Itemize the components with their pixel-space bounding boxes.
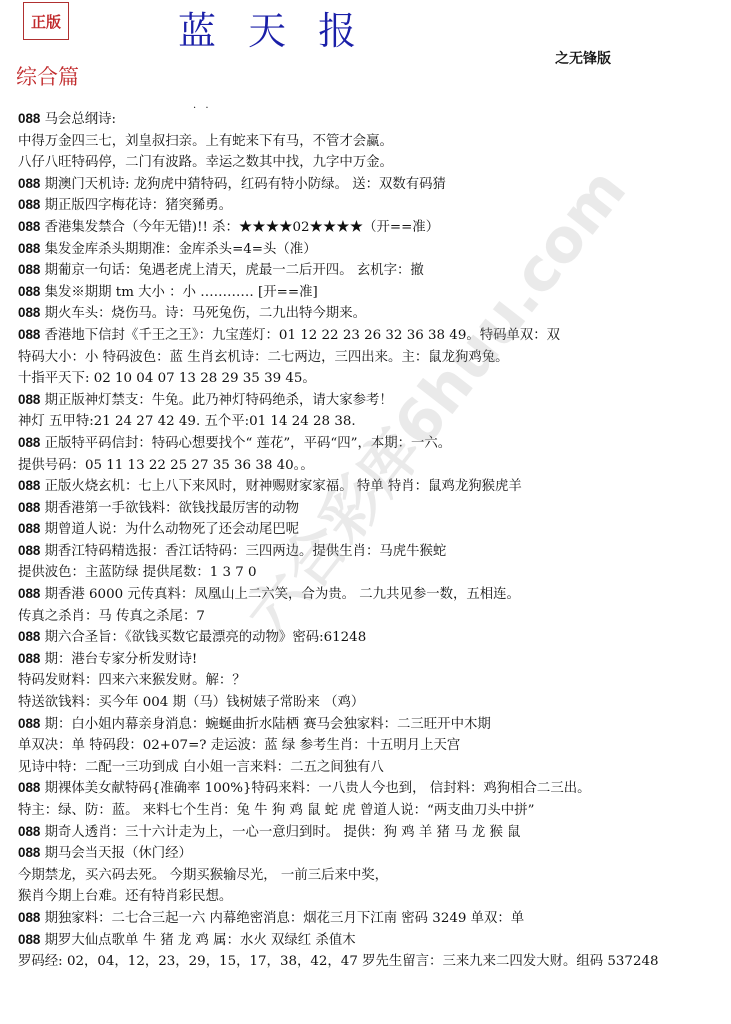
text-line: 特码发财料：四来六来猴发财。解：？ <box>18 669 728 691</box>
text-line: 088 期香港 6000 元传真料：凤凰山上二六笑，合为贵。 二九共见参一数，五… <box>18 583 728 605</box>
issue-number: 088 <box>18 586 40 601</box>
line-text: 香港集发禁合（今年无错)!! 杀：★★★★02★★★★（开==准） <box>40 220 439 235</box>
line-text: 期裸体美女献特码{准确率 100%}特码来料：一八贵人今也到， 信封料：鸡狗相合… <box>40 781 590 796</box>
line-text: 期：港台专家分析发财诗! <box>40 652 197 667</box>
official-edition-stamp: 正版 <box>23 2 69 40</box>
text-line: 特主：绿、防：蓝。 来料七个生肖：兔 牛 狗 鸡 鼠 蛇 虎 曾道人说：“两支曲… <box>18 799 728 821</box>
issue-number: 088 <box>18 716 40 731</box>
issue-number: 088 <box>18 327 40 342</box>
text-line: 特送欲钱料：买今年 004 期（马）钱树婊子常盼来 （鸡） <box>18 691 728 713</box>
content-body: 088 马会总纲诗: 中得万金四三七，刘皇叔扫亲。上有蛇来下有马，不管才会赢。 … <box>18 108 728 972</box>
text-line: 088 期奇人透肖：三十六计走为上，一心一意归到时。 提供：狗 鸡 羊 猪 马 … <box>18 821 728 843</box>
text-line: 见诗中特：二配一三功到成 白小姐一言来料：二五之间独有八 <box>18 756 728 778</box>
text-line: 088 期：白小姐内幕亲身消息：蜿蜒曲折水陆栖 赛马会独家料：二三旺开中木期 <box>18 713 728 735</box>
line-text: 十指平天下: 02 10 04 07 13 28 29 35 39 45。 <box>18 371 316 386</box>
issue-number: 088 <box>18 629 40 644</box>
issue-number: 088 <box>18 543 40 558</box>
text-line: 088 期澳门天机诗: 龙狗虎中猜特码，红码有特小防绿。 送：双数有码猜 <box>18 173 728 195</box>
line-text: 正版火烧玄机：七上八下来风时，财神赐财家家福。 特单 特肖：鼠鸡龙狗猴虎羊 <box>40 479 521 494</box>
text-line: 088 期马会当天报（休门经） <box>18 842 728 864</box>
line-text: 期火车头：烧伤马。诗：马死兔伤，二九出特今期来。 <box>40 306 366 321</box>
line-text: 马会总纲诗: <box>40 112 116 127</box>
issue-number: 088 <box>18 284 40 299</box>
text-line: 传真之杀肖：马 传真之杀尾：7 <box>18 605 728 627</box>
line-text: 罗码经: 02，04，12，23，29，15，17，38，42，47 罗先生留言… <box>18 954 659 969</box>
issue-number: 088 <box>18 241 40 256</box>
text-line: 088 期裸体美女献特码{准确率 100%}特码来料：一八贵人今也到， 信封料：… <box>18 777 728 799</box>
line-text: 单双决：单 特码段：02+07=? 走运波：蓝 绿 参考生肖：十五明月上天宫 <box>18 738 460 753</box>
text-line: 088 期香港第一手欲钱料：欲钱找最厉害的动物 <box>18 497 728 519</box>
edition-label: 之无锋版 <box>555 48 611 68</box>
line-text: 猴肖今期上台难。还有特肖彩民想。 <box>18 889 232 904</box>
line-text: 中得万金四三七，刘皇叔扫亲。上有蛇来下有马，不管才会赢。 <box>18 134 393 149</box>
line-text: 提供号码：05 11 13 22 25 27 35 36 38 40。。 <box>18 458 314 473</box>
line-text: 传真之杀肖：马 传真之杀尾：7 <box>18 609 205 624</box>
line-text: 八仔八旺特码停，二门有波路。幸运之数其中找，九字中万金。 <box>18 155 393 170</box>
line-text: 期正版四字梅花诗：猪突豨勇。 <box>40 198 232 213</box>
text-line: 神灯 五甲特:21 24 27 42 49. 五个平:01 14 24 28 3… <box>18 410 728 432</box>
text-line: 088 集发金库杀头期期准：金库杀头=4=头（准） <box>18 238 728 260</box>
issue-number: 088 <box>18 197 40 212</box>
issue-number: 088 <box>18 478 40 493</box>
text-line: 单双决：单 特码段：02+07=? 走运波：蓝 绿 参考生肖：十五明月上天宫 <box>18 734 728 756</box>
text-line: 088 期正版神灯禁支：牛兔。此乃神灯特码绝杀，请大家参考！ <box>18 389 728 411</box>
text-line: 088 期：港台专家分析发财诗! <box>18 648 728 670</box>
issue-number: 088 <box>18 435 40 450</box>
line-text: 期独家料：二七合三起一六 内幕绝密消息：烟花三月下江南 密码 3249 单双：单 <box>40 911 524 926</box>
text-line: 088 期罗大仙点歌单 牛 猪 龙 鸡 属：水火 双绿红 杀值木 <box>18 929 728 951</box>
line-text: 期六合圣旨：《欲钱买数它最漂亮的动物》密码:61248 <box>40 630 366 645</box>
text-line: 提供号码：05 11 13 22 25 27 35 36 38 40。。 <box>18 454 728 476</box>
line-text: 正版特平码信封：特码心想要找个“ 莲花”，平码“四”，本期：一六。 <box>40 436 451 451</box>
issue-number: 088 <box>18 824 40 839</box>
issue-number: 088 <box>18 111 40 126</box>
text-line: 088 正版特平码信封：特码心想要找个“ 莲花”，平码“四”，本期：一六。 <box>18 432 728 454</box>
text-line: 提供波色：主蓝防绿 提供尾数：1 3 7 0 <box>18 561 728 583</box>
text-line: 088 期六合圣旨：《欲钱买数它最漂亮的动物》密码:61248 <box>18 626 728 648</box>
text-line: 088 期正版四字梅花诗：猪突豨勇。 <box>18 194 728 216</box>
line-text: 今期禁龙，买六码去死。 今期买猴输尽光， 一前三后来中奖， <box>18 868 388 883</box>
issue-number: 088 <box>18 500 40 515</box>
line-text: 期马会当天报（休门经） <box>40 846 192 861</box>
line-text: 期香港第一手欲钱料：欲钱找最厉害的动物 <box>40 501 299 516</box>
line-text: 集发※期期 tm 大小 ：小 ………… [开==准] <box>40 285 317 300</box>
text-line: 088 香港集发禁合（今年无错)!! 杀：★★★★02★★★★（开==准） <box>18 216 728 238</box>
line-text: 见诗中特：二配一三功到成 白小姐一言来料：二五之间独有八 <box>18 760 384 775</box>
line-text: 特码发财料：四来六来猴发财。解：？ <box>18 673 246 688</box>
line-text: 期葡京一句话：兔遇老虎上清天，虎最一二后开四。 玄机字：撤 <box>40 263 423 278</box>
text-line: 中得万金四三七，刘皇叔扫亲。上有蛇来下有马，不管才会赢。 <box>18 130 728 152</box>
text-line: 088 期曾道人说：为什么动物死了还会动尾巴呢 <box>18 518 728 540</box>
issue-number: 088 <box>18 651 40 666</box>
line-text: 期香港 6000 元传真料：凤凰山上二六笑，合为贵。 二九共见参一数，五相连。 <box>40 587 520 602</box>
line-text: 期澳门天机诗: 龙狗虎中猜特码，红码有特小防绿。 送：双数有码猜 <box>40 177 446 192</box>
line-text: 期曾道人说：为什么动物死了还会动尾巴呢 <box>40 522 299 537</box>
issue-number: 088 <box>18 780 40 795</box>
issue-number: 088 <box>18 521 40 536</box>
issue-number: 088 <box>18 910 40 925</box>
issue-number: 088 <box>18 392 40 407</box>
line-text: 期：白小姐内幕亲身消息：蜿蜒曲折水陆栖 赛马会独家料：二三旺开中木期 <box>40 717 490 732</box>
line-text: 特送欲钱料：买今年 004 期（马）钱树婊子常盼来 （鸡） <box>18 695 364 710</box>
text-line: 十指平天下: 02 10 04 07 13 28 29 35 39 45。 <box>18 367 728 389</box>
text-line: 罗码经: 02，04，12，23，29，15，17，38，42，47 罗先生留言… <box>18 950 728 972</box>
issue-number: 088 <box>18 845 40 860</box>
line-text: 期正版神灯禁支：牛兔。此乃神灯特码绝杀，请大家参考！ <box>40 393 392 408</box>
line-text: 集发金库杀头期期准：金库杀头=4=头（准） <box>40 242 316 257</box>
issue-number: 088 <box>18 262 40 277</box>
text-line: 088 正版火烧玄机：七上八下来风时，财神赐财家家福。 特单 特肖：鼠鸡龙狗猴虎… <box>18 475 728 497</box>
text-line: 088 集发※期期 tm 大小 ：小 ………… [开==准] <box>18 281 728 303</box>
issue-number: 088 <box>18 176 40 191</box>
page-title: 蓝 天 报 <box>178 2 318 60</box>
line-text: 期罗大仙点歌单 牛 猪 龙 鸡 属：水火 双绿红 杀值木 <box>40 933 355 948</box>
text-line: 今期禁龙，买六码去死。 今期买猴输尽光， 一前三后来中奖， <box>18 864 728 886</box>
line-text: 期香江特码精选报：香江话特码：三四两边。提供生肖：马虎牛猴蛇 <box>40 544 446 559</box>
text-line: 八仔八旺特码停，二门有波路。幸运之数其中找，九字中万金。 <box>18 151 728 173</box>
line-text: 特主：绿、防：蓝。 来料七个生肖：兔 牛 狗 鸡 鼠 蛇 虎 曾道人说：“两支曲… <box>18 803 534 818</box>
line-text: 提供波色：主蓝防绿 提供尾数：1 3 7 0 <box>18 565 257 580</box>
issue-number: 088 <box>18 932 40 947</box>
line-text: 神灯 五甲特:21 24 27 42 49. 五个平:01 14 24 28 3… <box>18 414 356 429</box>
text-line: 088 期火车头：烧伤马。诗：马死兔伤，二九出特今期来。 <box>18 302 728 324</box>
issue-number: 088 <box>18 219 40 234</box>
text-line: 088 香港地下信封《千王之王》：九宝莲灯：01 12 22 23 26 32 … <box>18 324 728 346</box>
line-text: 期奇人透肖：三十六计走为上，一心一意归到时。 提供：狗 鸡 羊 猪 马 龙 猴 … <box>40 825 520 840</box>
text-line: 088 期葡京一句话：兔遇老虎上清天，虎最一二后开四。 玄机字：撤 <box>18 259 728 281</box>
issue-number: 088 <box>18 305 40 320</box>
text-line: 088 马会总纲诗: <box>18 108 728 130</box>
text-line: 猴肖今期上台难。还有特肖彩民想。 <box>18 885 728 907</box>
text-line: 特码大小：小 特码波色：蓝 生肖玄机诗：二七两边，三四出来。主：鼠龙狗鸡兔。 <box>18 346 728 368</box>
text-line: 088 期香江特码精选报：香江话特码：三四两边。提供生肖：马虎牛猴蛇 <box>18 540 728 562</box>
section-heading: 综合篇 <box>16 61 79 91</box>
line-text: 香港地下信封《千王之王》：九宝莲灯：01 12 22 23 26 32 36 3… <box>40 328 560 343</box>
line-text: 特码大小：小 特码波色：蓝 生肖玄机诗：二七两边，三四出来。主：鼠龙狗鸡兔。 <box>18 350 509 365</box>
text-line: 088 期独家料：二七合三起一六 内幕绝密消息：烟花三月下江南 密码 3249 … <box>18 907 728 929</box>
